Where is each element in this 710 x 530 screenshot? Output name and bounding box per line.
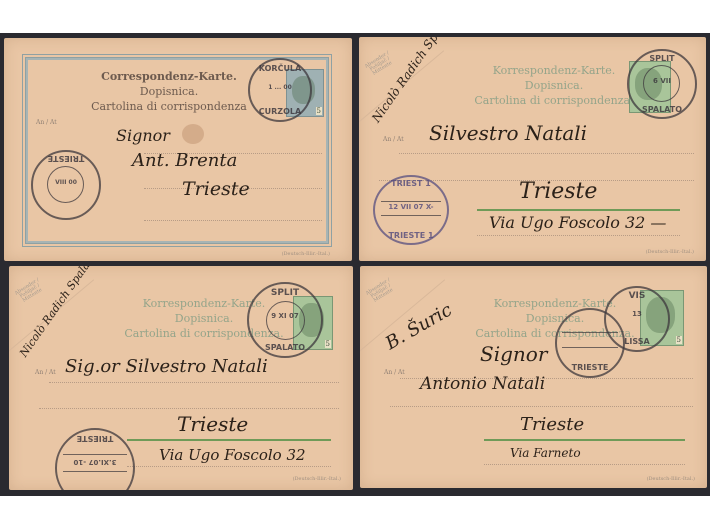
handwritten-sender: B. Šuric — [382, 299, 456, 354]
handwritten-street: Via Ugo Foscolo 32 — — [489, 213, 666, 232]
postmark-trieste: TRIESTE 3.XI.07 -10 — [55, 428, 135, 490]
postmark-date: 1 ... 00 — [250, 84, 310, 91]
postmark-triest: TRIEST 1 12 VII 07 X- TRIESTE 1 — [373, 175, 449, 245]
address-line — [484, 464, 685, 465]
postmark-text: CURZOLA — [250, 107, 310, 116]
postcard-vis: Absender / Pošiljač / Mittente Korrespon… — [360, 266, 707, 488]
postmark-date: 12 VII 07 X- — [375, 203, 447, 211]
postmark-text: TRIESTE — [33, 154, 99, 163]
printer-imprint: (Deutsch-Illir.-Ital.) — [646, 249, 694, 255]
postmark-vis: VIS 13 LISSA — [604, 286, 670, 352]
handwritten-addressee: Antonio Natali — [420, 374, 545, 394]
postmark-date: 3.XI.07 -10 — [57, 458, 133, 466]
address-line — [39, 408, 339, 409]
stamp-value: 5 — [676, 336, 682, 344]
handwritten-street: Via Farneto — [510, 446, 581, 460]
address-line — [144, 220, 322, 221]
postmark-date: 6 VII — [629, 77, 695, 85]
postmark-trieste: TRIESTE VIII 00 — [31, 150, 101, 220]
postmark-text: TRIESTE 1 — [375, 231, 447, 240]
card-heading: Korrespondenz-Karte. Dopisnica. Cartolin… — [459, 63, 649, 108]
postmark-split: SPLIT 9 XI 07 SPALATO — [247, 282, 323, 358]
address-line — [127, 466, 331, 467]
address-label: An / At — [383, 137, 404, 143]
stamp-value: 5 — [316, 107, 322, 115]
address-line-main — [484, 439, 685, 441]
sender-box-label: Absender / Pošiljač / Mittente — [364, 277, 397, 306]
postcard-korcula: Correspondenz-Karte. Dopisnica. Cartolin… — [4, 38, 352, 261]
handwritten-salutation: Signor — [116, 126, 170, 145]
card-heading: Correspondenz-Karte. Dopisnica. Cartolin… — [64, 69, 274, 114]
printed-line3: Cartolina di corrispondenza — [64, 99, 274, 114]
address-line-main — [477, 209, 680, 211]
address-label: An / At — [36, 120, 57, 126]
address-label: An / At — [384, 370, 405, 376]
postcard-split-1: Absender / Pošiljač / Mittente Korrespon… — [359, 37, 706, 261]
handwritten-city: Trieste — [177, 412, 248, 436]
printer-imprint: (Deutsch-Illir.-Ital.) — [647, 476, 695, 482]
address-line — [477, 235, 680, 236]
handwritten-sender: Nicolò Radich Spalato — [17, 266, 99, 359]
postmark-text: VIS — [606, 291, 668, 301]
postmark-text: SPLIT — [249, 288, 321, 298]
postmark-date: 13 — [606, 310, 668, 318]
handwritten-city: Trieste — [520, 414, 584, 435]
printed-line3: Cartolina di corrispondenza. — [459, 93, 649, 108]
postmark-date: 9 XI 07 — [249, 312, 321, 320]
sender-box-label: Absender / Pošiljač / Mittente — [363, 50, 396, 79]
stain — [182, 124, 204, 144]
postmark-text: SPALATO — [629, 105, 695, 114]
printer-imprint: (Deutsch-Illir.-Ital.) — [282, 251, 330, 257]
printer-imprint: (Deutsch-Illir.-Ital.) — [293, 476, 341, 482]
printed-line2: Dopisnica. — [459, 78, 649, 93]
printed-line2: Dopisnica. — [64, 84, 274, 99]
postmark-korcula: KORČULA 1 ... 00 CURZOLA — [248, 58, 312, 122]
postmark-text: TRIEST 1 — [375, 179, 447, 188]
sender-box-label: Absender / Pošiljač / Mittente — [13, 277, 46, 306]
postmark-date: VIII 00 — [33, 179, 99, 186]
address-label: An / At — [35, 370, 56, 376]
handwritten-city: Trieste — [182, 178, 250, 200]
handwritten-addressee: Ant. Brenta — [132, 150, 237, 171]
handwritten-addressee: Silvestro Natali — [429, 121, 587, 145]
printed-title: Correspondenz-Karte. — [64, 69, 274, 84]
handwritten-addressee: Sig.or Silvestro Natali — [65, 356, 268, 377]
handwritten-street: Via Ugo Foscolo 32 — [159, 446, 306, 464]
address-line — [49, 382, 339, 383]
printed-title: Korrespondenz-Karte. — [459, 63, 649, 78]
address-line — [399, 153, 694, 154]
handwritten-city: Trieste — [519, 179, 597, 204]
handwritten-sender: Nicolò Radich Spalato — [369, 37, 458, 125]
postmark-text: SPLIT — [629, 54, 695, 63]
postcard-split-2: Absender / Pošiljač / Mittente Korrespon… — [9, 266, 353, 490]
postmark-text: KORČULA — [250, 64, 310, 73]
postmark-text: TRIESTE — [57, 434, 133, 443]
address-line-main — [127, 439, 331, 441]
stamp-value: 5 — [325, 340, 331, 348]
postmark-text: TRIESTE — [557, 363, 623, 372]
address-line — [390, 406, 693, 407]
handwritten-salutation: Signor — [480, 342, 547, 366]
postmark-text: SPALATO — [249, 343, 321, 352]
postmark-text: LISSA — [606, 337, 668, 346]
postmark-split: SPLIT 6 VII SPALATO — [627, 49, 697, 119]
